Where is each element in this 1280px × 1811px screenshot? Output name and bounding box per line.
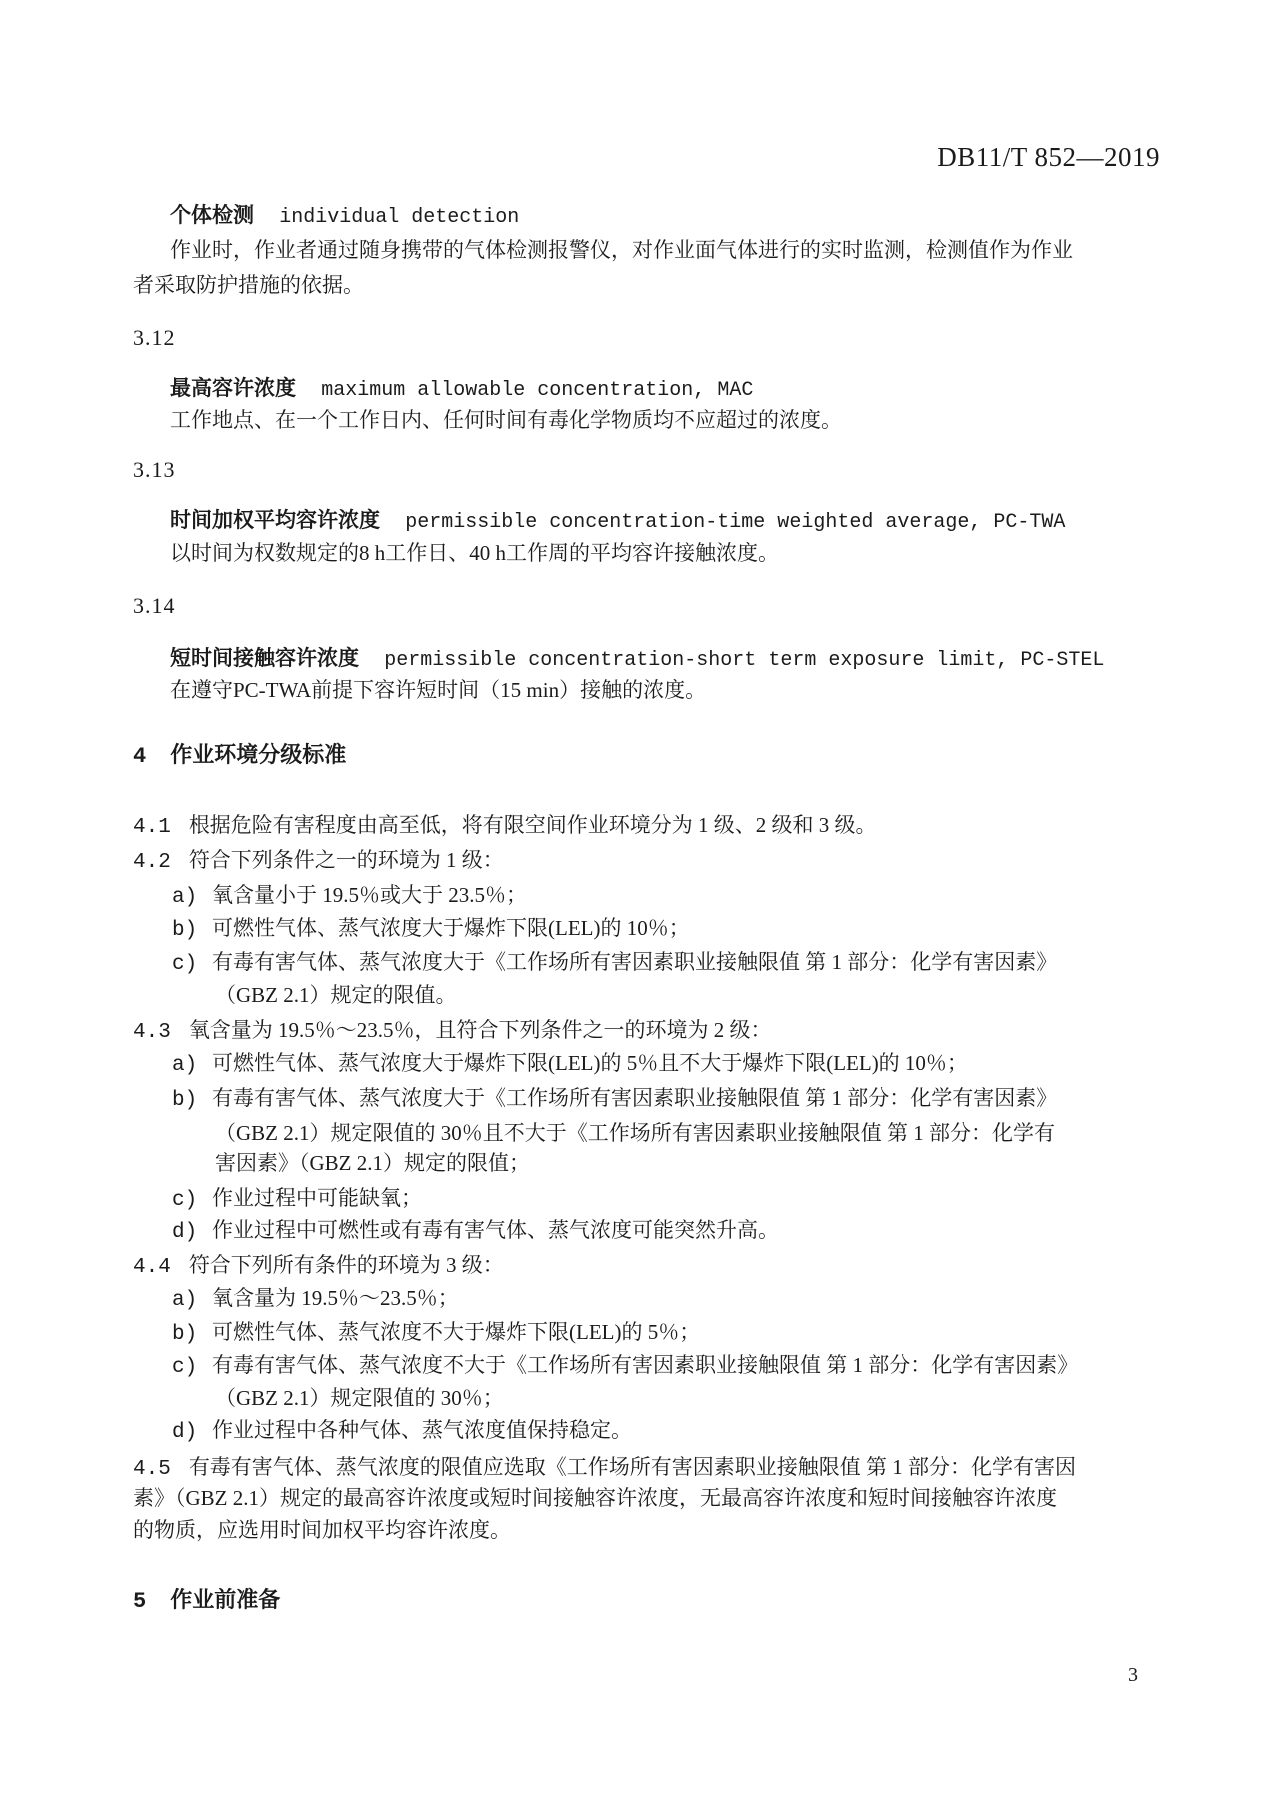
term-en: maximum allowable concentration, MAC [321, 379, 753, 402]
term-en: individual detection [279, 206, 519, 229]
list-item-text: 可燃性气体、蒸气浓度大于爆炸下限(LEL)的 10％； [212, 916, 690, 940]
section-number: 4 [133, 740, 146, 774]
list-item: a)氧含量小于 19.5％或大于 23.5％； [172, 878, 527, 915]
section-title: 作业环境分级标准 [170, 742, 346, 767]
list-item-text: 可燃性气体、蒸气浓度不大于爆炸下限(LEL)的 5％； [212, 1320, 700, 1344]
list-item-text: 作业过程中各种气体、蒸气浓度值保持稳定。 [212, 1418, 632, 1442]
list-item: c)有毒有害气体、蒸气浓度不大于《工作场所有害因素职业接触限值 第 1 部分：化… [172, 1348, 1078, 1385]
list-item-continuation: （GBZ 2.1）规定限值的 30％； [215, 1381, 504, 1415]
list-item-continuation: 害因素》（GBZ 2.1）规定的限值； [215, 1146, 530, 1180]
clause-text: 氧含量为 19.5％～23.5％，且符合下列条件之一的环境为 2 级： [189, 1018, 772, 1042]
clause-continuation: 素》（GBZ 2.1）规定的最高容许浓度或短时间接触容许浓度，无最高容许浓度和短… [133, 1481, 1057, 1515]
clause-text: 符合下列所有条件的环境为 3 级： [189, 1253, 504, 1277]
term-heading: 个体检测 individual detection [170, 198, 519, 235]
clause-continuation: 的物质，应选用时间加权平均容许浓度。 [133, 1513, 511, 1547]
list-item-label: d) [172, 1216, 212, 1250]
list-item: a)可燃性气体、蒸气浓度大于爆炸下限(LEL)的 5％且不大于爆炸下限(LEL)… [172, 1046, 968, 1083]
section-heading: 4作业环境分级标准 [133, 738, 346, 774]
clause-text: 符合下列条件之一的环境为 1 级： [189, 848, 504, 872]
list-item-text: 有毒有害气体、蒸气浓度大于《工作场所有害因素职业接触限值 第 1 部分：化学有害… [212, 950, 1057, 974]
list-item-label: b) [172, 1318, 212, 1352]
list-item: b)可燃性气体、蒸气浓度大于爆炸下限(LEL)的 10％； [172, 911, 690, 948]
list-item-label: a) [172, 1284, 212, 1318]
term-en: permissible concentration-time weighted … [405, 511, 1065, 534]
list-item-text: 有毒有害气体、蒸气浓度大于《工作场所有害因素职业接触限值 第 1 部分：化学有害… [212, 1086, 1057, 1110]
list-item-label: a) [172, 881, 212, 915]
definition-line: 工作地点、在一个工作日内、任何时间有毒化学物质均不应超过的浓度。 [170, 403, 842, 437]
clause-number: 4.4 [133, 1251, 171, 1285]
list-item-text: 氧含量小于 19.5％或大于 23.5％； [212, 883, 527, 907]
list-item-text: 氧含量为 19.5％～23.5％； [212, 1286, 459, 1310]
clause-number: 4.1 [133, 811, 171, 845]
list-item: d)作业过程中各种气体、蒸气浓度值保持稳定。 [172, 1413, 632, 1450]
list-item-label: d) [172, 1416, 212, 1450]
clause-line: 4.4符合下列所有条件的环境为 3 级： [133, 1248, 504, 1285]
definition-line: 在遵守PC-TWA前提下容许短时间（15 min）接触的浓度。 [170, 673, 706, 707]
list-item-text: 作业过程中可能缺氧； [212, 1186, 422, 1210]
list-item: d)作业过程中可燃性或有毒有害气体、蒸气浓度可能突然升高。 [172, 1213, 779, 1250]
list-item-text: 作业过程中可燃性或有毒有害气体、蒸气浓度可能突然升高。 [212, 1218, 779, 1242]
list-item-continuation: （GBZ 2.1）规定限值的 30％且不大于《工作场所有害因素职业接触限值 第 … [215, 1116, 1055, 1150]
term-zh: 短时间接触容许浓度 [170, 646, 359, 670]
list-item-label: b) [172, 1084, 212, 1118]
clause-number: 3.14 [133, 589, 176, 623]
page-number: 3 [1128, 1658, 1138, 1692]
definition-line: 以时间为权数规定的8 h工作日、40 h工作周的平均容许接触浓度。 [170, 536, 779, 570]
term-zh: 个体检测 [170, 203, 254, 227]
clause-line: 4.2符合下列条件之一的环境为 1 级： [133, 843, 504, 880]
list-item: b)有毒有害气体、蒸气浓度大于《工作场所有害因素职业接触限值 第 1 部分：化学… [172, 1081, 1057, 1118]
list-item-text: 可燃性气体、蒸气浓度大于爆炸下限(LEL)的 5％且不大于爆炸下限(LEL)的 … [212, 1051, 968, 1075]
list-item-label: c) [172, 1351, 212, 1385]
list-item-text: 有毒有害气体、蒸气浓度不大于《工作场所有害因素职业接触限值 第 1 部分：化学有… [212, 1353, 1078, 1377]
definition-line: 作业时，作业者通过随身携带的气体检测报警仪，对作业面气体进行的实时监测，检测值作… [170, 233, 1073, 267]
document-page: DB11/T 852—2019 个体检测 individual detectio… [0, 0, 1280, 1811]
list-item-label: a) [172, 1049, 212, 1083]
clause-text: 根据危险有害程度由高至低，将有限空间作业环境分为 1 级、2 级和 3 级。 [189, 813, 877, 837]
list-item-continuation: （GBZ 2.1）规定的限值。 [215, 978, 457, 1012]
clause-number: 4.2 [133, 846, 171, 880]
list-item: a)氧含量为 19.5％～23.5％； [172, 1281, 459, 1318]
doc-number: DB11/T 852—2019 [937, 140, 1160, 174]
clause-number: 3.12 [133, 321, 176, 355]
clause-text: 有毒有害气体、蒸气浓度的限值应选取《工作场所有害因素职业接触限值 第 1 部分：… [189, 1455, 1076, 1479]
list-item: b)可燃性气体、蒸气浓度不大于爆炸下限(LEL)的 5％； [172, 1315, 700, 1352]
term-en: permissible concentration-short term exp… [384, 649, 1104, 672]
clause-number: 4.3 [133, 1016, 171, 1050]
section-title: 作业前准备 [170, 1587, 280, 1612]
term-heading: 时间加权平均容许浓度 permissible concentration-tim… [170, 503, 1065, 540]
definition-line: 者采取防护措施的依据。 [133, 268, 364, 302]
section-heading: 5作业前准备 [133, 1583, 280, 1619]
clause-number: 3.13 [133, 453, 176, 487]
clause-line: 4.3氧含量为 19.5％～23.5％，且符合下列条件之一的环境为 2 级： [133, 1013, 772, 1050]
list-item-label: c) [172, 948, 212, 982]
term-zh: 最高容许浓度 [170, 376, 296, 400]
section-number: 5 [133, 1585, 146, 1619]
term-zh: 时间加权平均容许浓度 [170, 508, 380, 532]
list-item: c)有毒有害气体、蒸气浓度大于《工作场所有害因素职业接触限值 第 1 部分：化学… [172, 945, 1057, 982]
list-item-label: b) [172, 914, 212, 948]
clause-line: 4.1根据危险有害程度由高至低，将有限空间作业环境分为 1 级、2 级和 3 级… [133, 808, 877, 845]
